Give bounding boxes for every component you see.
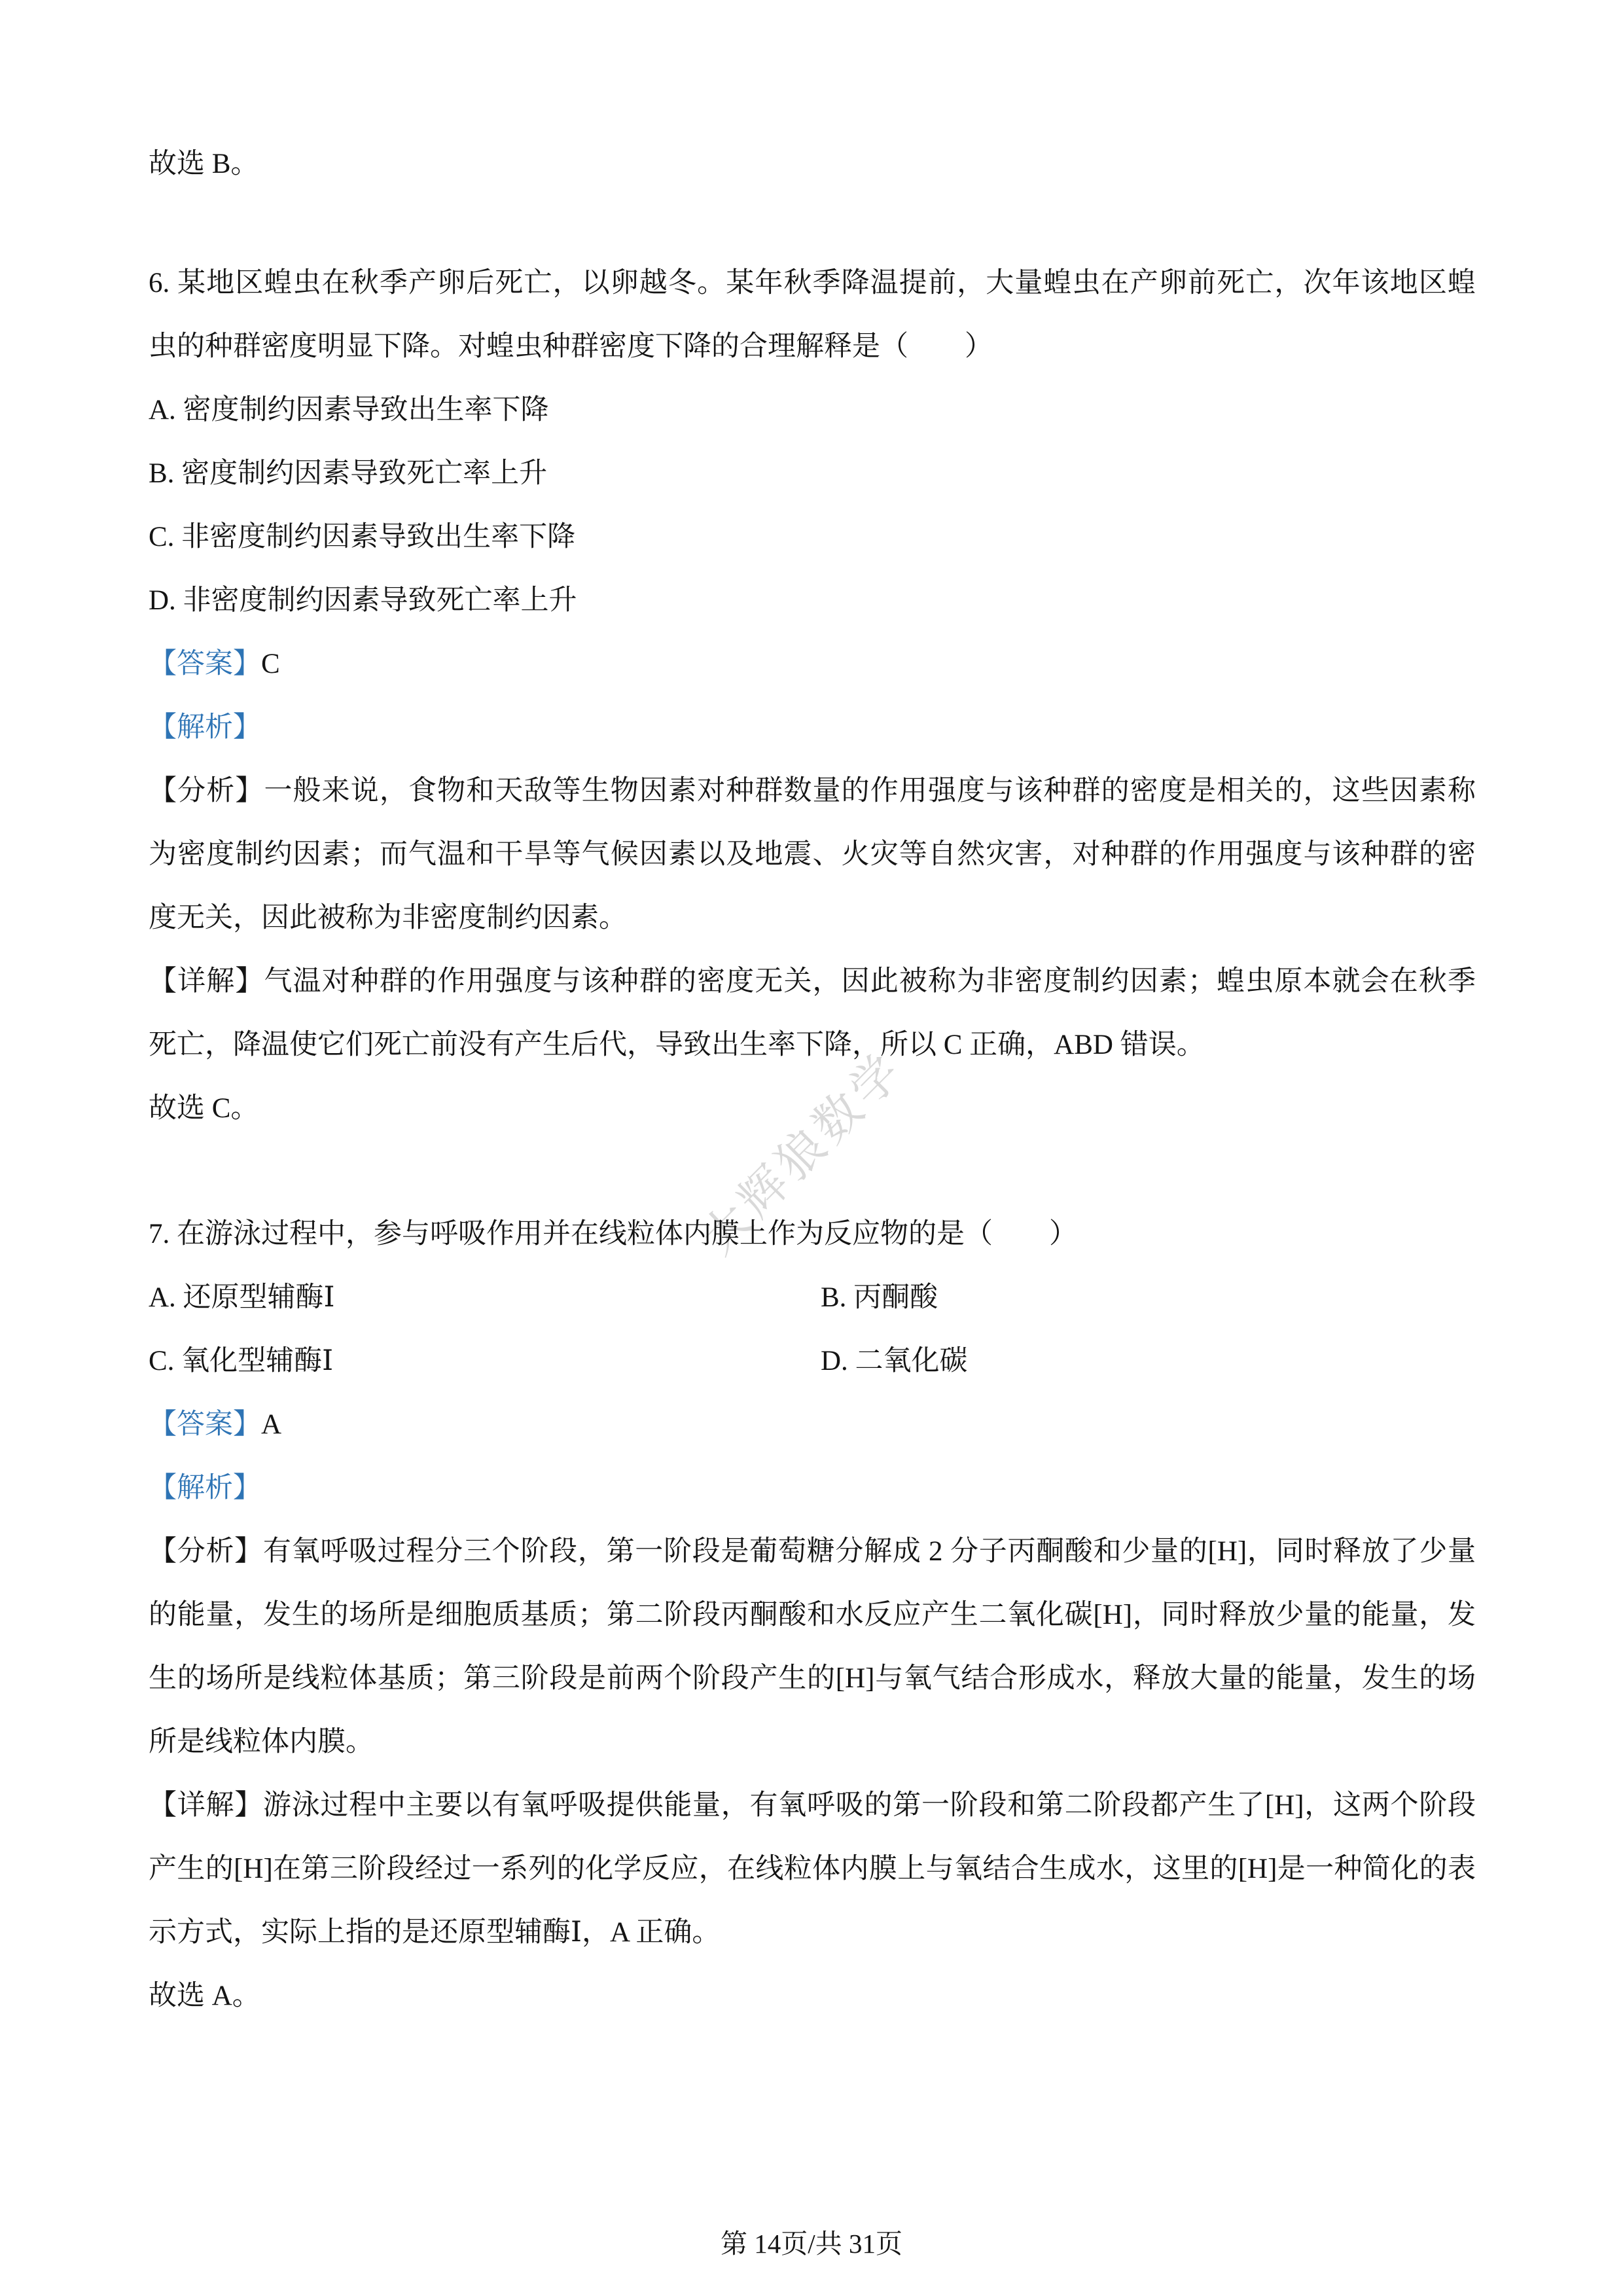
q7-answer-tag: 【答案】 xyxy=(149,1409,261,1440)
q6-analysis-heading: 【解析】 xyxy=(149,696,1476,759)
q7-analysis-line-2: 的能量，发生的场所是细胞质基质；第二阶段丙酮酸和水反应产生二氧化碳[H]，同时释… xyxy=(149,1583,1476,1647)
q6-option-a: A. 密度制约因素导致出生率下降 xyxy=(149,378,1476,442)
q6-stem-line-2: 虫的种群密度明显下降。对蝗虫种群密度下降的合理解释是（ ） xyxy=(149,315,1476,378)
document-page: 大辉狼数学 故选 B。 6. 某地区蝗虫在秋季产卵后死亡，以卵越冬。某年秋季降温… xyxy=(0,0,1623,2296)
q6-analysis-line-2: 为密度制约因素；而气温和干旱等气候因素以及地震、火灾等自然灾害，对种群的作用强度… xyxy=(149,823,1476,886)
q7-options-row-1: A. 还原型辅酶Ⅰ B. 丙酮酸 xyxy=(149,1266,1476,1329)
q6-option-d: D. 非密度制约因素导致死亡率上升 xyxy=(149,569,1476,632)
q7-answer-line: 【答案】A xyxy=(149,1393,1476,1456)
q7-stem: 7. 在游泳过程中，参与呼吸作用并在线粒体内膜上作为反应物的是（ ） xyxy=(149,1202,1476,1266)
q6-detail-line-1: 【详解】气温对种群的作用强度与该种群的密度无关，因此被称为非密度制约因素；蝗虫原… xyxy=(149,950,1476,1013)
q6-option-b: B. 密度制约因素导致死亡率上升 xyxy=(149,442,1476,505)
q6-answer-line: 【答案】C xyxy=(149,632,1476,696)
q7-detail-line-3: 示方式，实际上指的是还原型辅酶Ⅰ，A 正确。 xyxy=(149,1901,1476,1964)
page-body: 故选 B。 6. 某地区蝗虫在秋季产卵后死亡，以卵越冬。某年秋季降温提前，大量蝗… xyxy=(149,132,1476,2028)
q6-answer-tag: 【答案】 xyxy=(149,649,261,679)
q7-analysis-line-3: 生的场所是线粒体基质；第三阶段是前两个阶段产生的[H]与氧气结合形成水，释放大量… xyxy=(149,1647,1476,1710)
q6-option-c: C. 非密度制约因素导致出生率下降 xyxy=(149,505,1476,569)
q6-analysis-line-3: 度无关，因此被称为非密度制约因素。 xyxy=(149,886,1476,950)
q6-analysis-tag: 【解析】 xyxy=(149,712,261,743)
q7-option-c: C. 氧化型辅酶Ⅰ xyxy=(149,1329,821,1393)
spacer-before-q6 xyxy=(149,196,1476,251)
q6-analysis-line-1: 【分析】一般来说，食物和天敌等生物因素对种群数量的作用强度与该种群的密度是相关的… xyxy=(149,759,1476,823)
q7-analysis-heading: 【解析】 xyxy=(149,1456,1476,1520)
q6-answer-value: C xyxy=(261,649,280,679)
q7-analysis-line-4: 所是线粒体内膜。 xyxy=(149,1710,1476,1774)
q6-detail-line-2: 死亡，降温使它们死亡前没有产生后代，导致出生率下降，所以 C 正确，ABD 错误… xyxy=(149,1013,1476,1077)
q7-options-row-2: C. 氧化型辅酶Ⅰ D. 二氧化碳 xyxy=(149,1329,1476,1393)
q7-option-b: B. 丙酮酸 xyxy=(821,1266,938,1329)
page-number: 第 14页/共 31页 xyxy=(0,2224,1623,2263)
q7-detail-line-1: 【详解】游泳过程中主要以有氧呼吸提供能量，有氧呼吸的第一阶段和第二阶段都产生了[… xyxy=(149,1774,1476,1837)
q7-option-a: A. 还原型辅酶Ⅰ xyxy=(149,1266,821,1329)
spacer-before-q7 xyxy=(149,1140,1476,1202)
q7-analysis-line-1: 【分析】有氧呼吸过程分三个阶段，第一阶段是葡萄糖分解成 2 分子丙酮酸和少量的[… xyxy=(149,1520,1476,1583)
q7-analysis-tag: 【解析】 xyxy=(149,1473,261,1503)
q7-option-d: D. 二氧化碳 xyxy=(821,1329,968,1393)
q6-conclusion: 故选 C。 xyxy=(149,1077,1476,1140)
q5-conclusion: 故选 B。 xyxy=(149,132,1476,196)
q7-detail-line-2: 产生的[H]在第三阶段经过一系列的化学反应，在线粒体内膜上与氧结合生成水，这里的… xyxy=(149,1837,1476,1901)
q6-stem-line-1: 6. 某地区蝗虫在秋季产卵后死亡，以卵越冬。某年秋季降温提前，大量蝗虫在产卵前死… xyxy=(149,251,1476,315)
q7-answer-value: A xyxy=(261,1409,281,1440)
q7-conclusion: 故选 A。 xyxy=(149,1964,1476,2028)
